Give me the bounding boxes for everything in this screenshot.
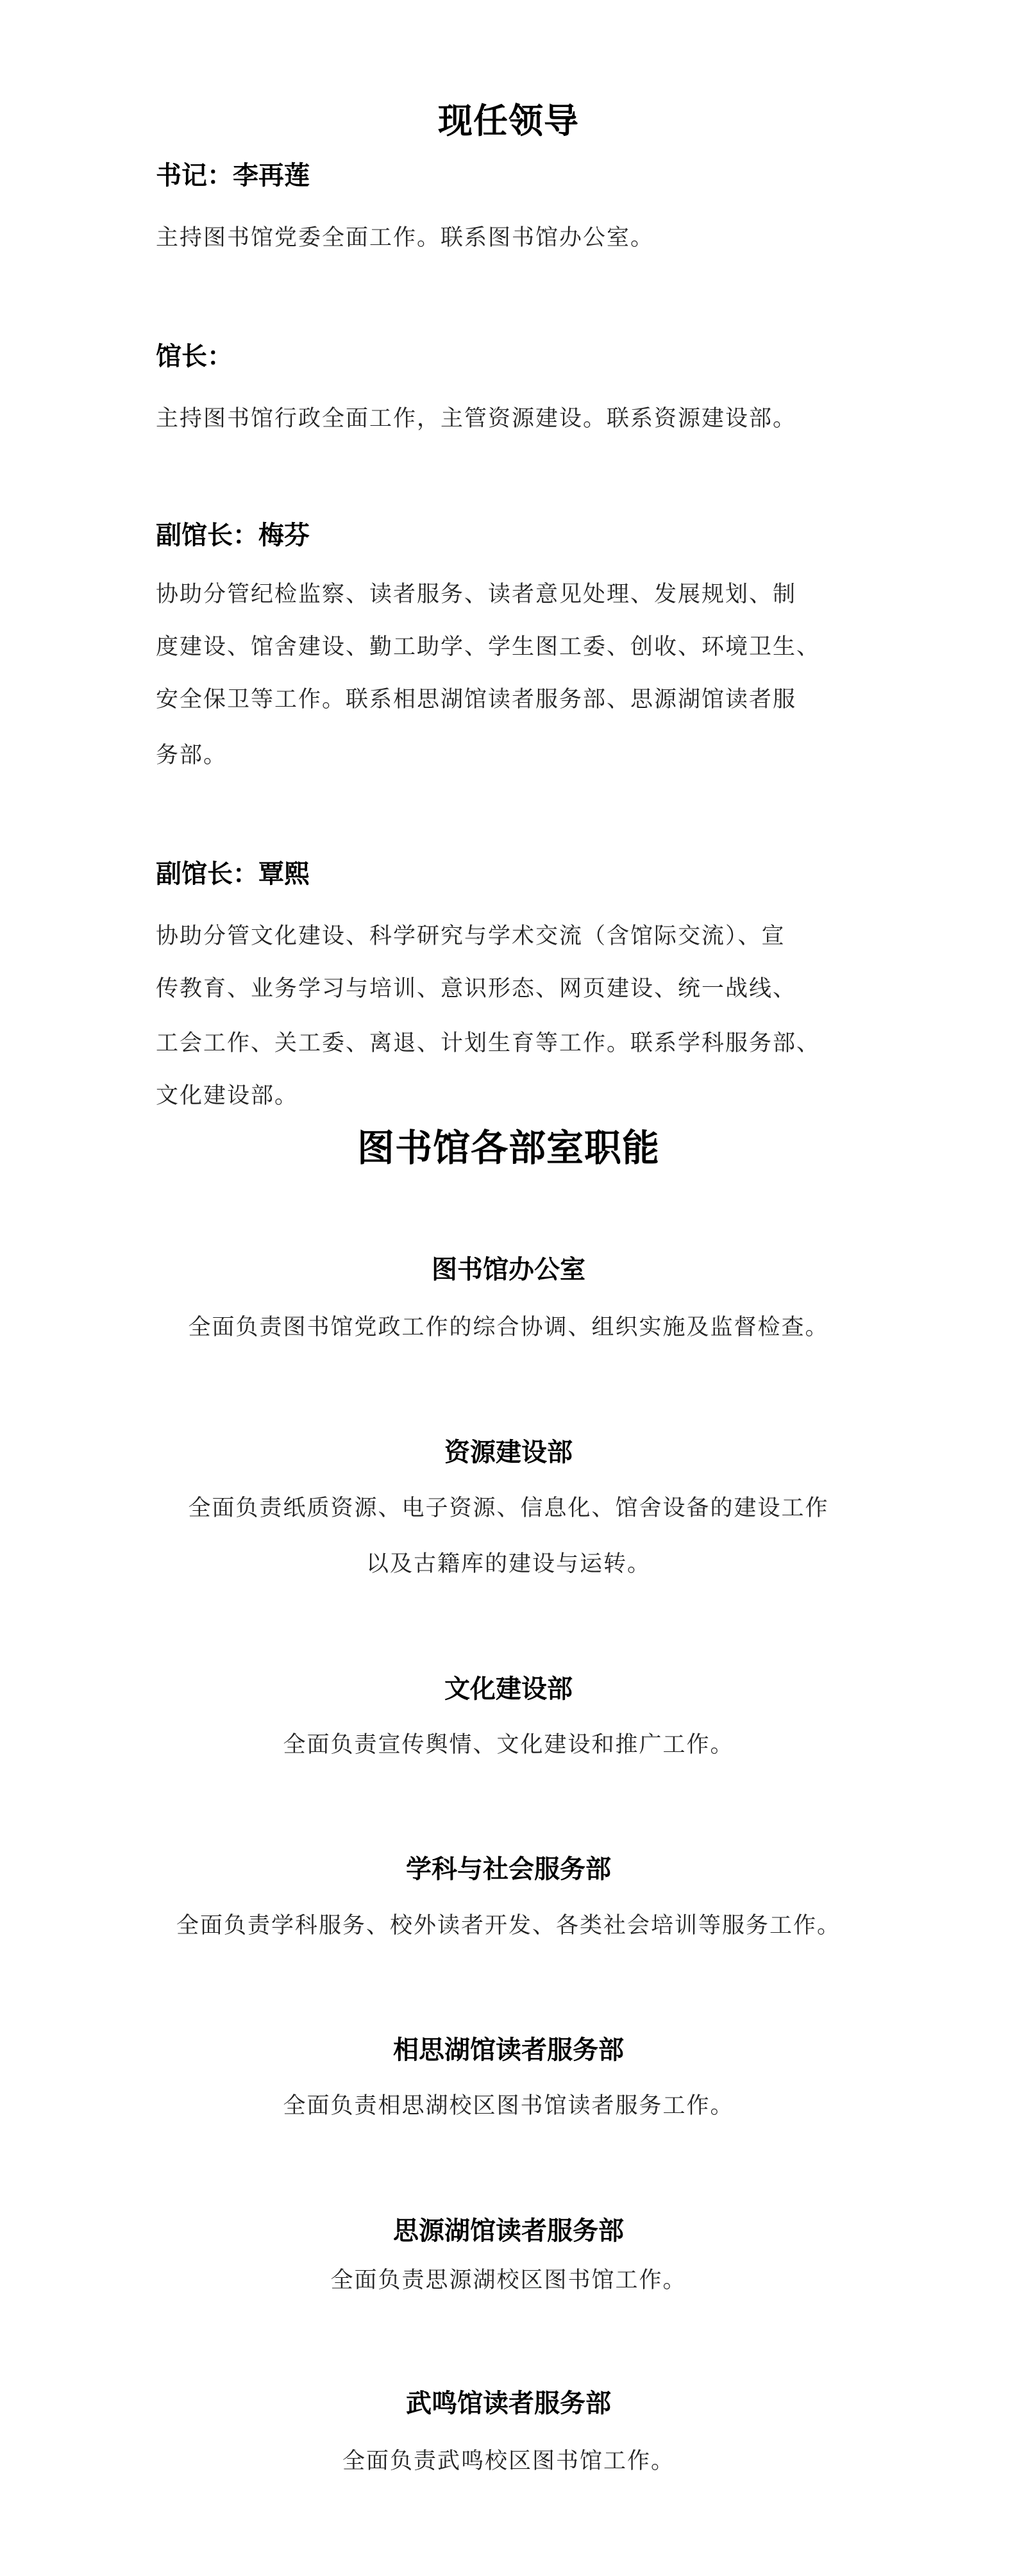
dept-name-culture: 文化建设部 (0, 1674, 1017, 1704)
dept-duty-resources-line: 以及古籍库的建设与运转。 (0, 1550, 1017, 1578)
leader-duty-deputy-qinxi-line: 协助分管文化建设、科学研究与学术交流（含馆际交流）、宣 (156, 922, 786, 950)
dept-duty-wuming: 全面负责武鸣校区图书馆工作。 (0, 2447, 1017, 2475)
leader-duty-director: 主持图书馆行政全面工作，主管资源建设。联系资源建设部。 (156, 405, 796, 433)
leader-duty-deputy-meifen-line: 务部。 (156, 741, 227, 770)
dept-duty-xiangsihu: 全面负责相思湖校区图书馆读者服务工作。 (0, 2092, 1017, 2120)
dept-name-wuming: 武鸣馆读者服务部 (0, 2389, 1017, 2418)
dept-name-subject-social: 学科与社会服务部 (0, 1855, 1017, 1884)
leader-duty-deputy-qinxi-line: 传教育、业务学习与培训、意识形态、网页建设、统一战线、 (156, 975, 796, 1003)
dept-duty-office: 全面负责图书馆党政工作的综合协调、组织实施及监督检查。 (0, 1313, 1017, 1342)
leaders-heading: 现任领导 (0, 101, 1017, 140)
dept-name-xiangsihu: 相思湖馆读者服务部 (0, 2035, 1017, 2065)
leader-label-director: 馆长： (156, 342, 233, 371)
dept-name-siyuanhu: 思源湖馆读者服务部 (0, 2216, 1017, 2246)
leader-label-deputy-meifen: 副馆长：梅芬 (156, 521, 310, 550)
departments-heading: 图书馆各部室职能 (0, 1127, 1017, 1168)
dept-duty-siyuanhu: 全面负责思源湖校区图书馆工作。 (0, 2266, 1017, 2294)
leader-duty-deputy-qinxi-line: 文化建设部。 (156, 1082, 298, 1110)
leader-duty-deputy-meifen-line: 安全保卫等工作。联系相思湖馆读者服务部、思源湖馆读者服 (156, 686, 796, 714)
leader-duty-deputy-meifen-line: 度建设、馆舍建设、勤工助学、学生图工委、创收、环境卫生、 (156, 633, 820, 661)
leader-duty-deputy-meifen-line: 协助分管纪检监察、读者服务、读者意见处理、发展规划、制 (156, 580, 796, 609)
dept-name-office: 图书馆办公室 (0, 1255, 1017, 1284)
leader-duty-secretary: 主持图书馆党委全面工作。联系图书馆办公室。 (156, 224, 654, 252)
leader-label-deputy-qinxi: 副馆长：覃熙 (156, 859, 310, 889)
dept-duty-resources-line: 全面负责纸质资源、电子资源、信息化、馆舍设备的建设工作 (0, 1494, 1017, 1522)
dept-duty-subject-social: 全面负责学科服务、校外读者开发、各类社会培训等服务工作。 (0, 1912, 1017, 1940)
leader-label-secretary: 书记：李再莲 (156, 161, 310, 190)
dept-duty-culture: 全面负责宣传舆情、文化建设和推广工作。 (0, 1731, 1017, 1759)
dept-name-resources: 资源建设部 (0, 1438, 1017, 1467)
leader-duty-deputy-qinxi-line: 工会工作、关工委、离退、计划生育等工作。联系学科服务部、 (156, 1029, 820, 1057)
